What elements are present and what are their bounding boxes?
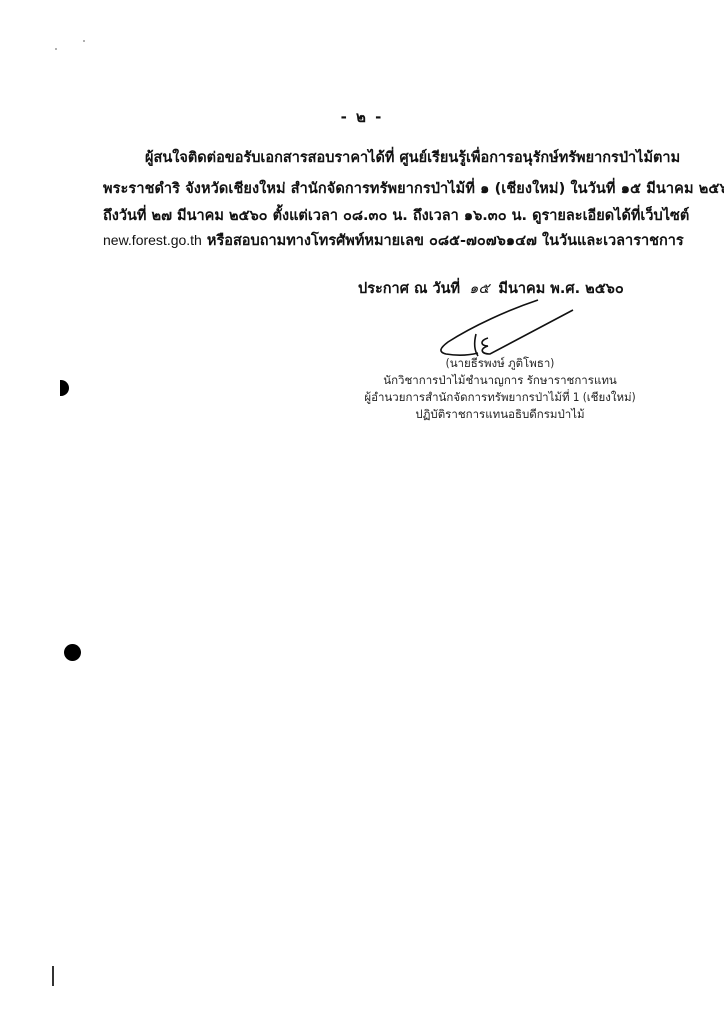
body-line-4: new.forest.go.th หรือสอบถามทางโทรศัพท์หม… — [103, 229, 684, 252]
signatory-position-3: ปฏิบัติราชการแทนอธิบดีกรมป่าไม้ — [350, 406, 650, 423]
document-page: - ๒ - ผู้สนใจติดต่อขอรับเอกสารสอบราคาได้… — [0, 0, 724, 1024]
punch-hole-half-icon — [60, 380, 69, 396]
body-line-2: พระราชดำริ จังหวัดเชียงใหม่ สำนักจัดการท… — [103, 177, 724, 200]
signatory-name: (นายธีรพงษ์ ภูติโพธา) — [350, 355, 650, 372]
handwritten-day: ๑๕ — [469, 281, 489, 297]
punch-hole-icon — [64, 644, 81, 661]
scan-speck — [55, 48, 57, 50]
page-number: - ๒ - — [0, 105, 724, 129]
signatory-position-2: ผู้อำนวยการสำนักจัดการทรัพยากรป่าไม้ที่ … — [350, 389, 650, 406]
body-line-1: ผู้สนใจติดต่อขอรับเอกสารสอบราคาได้ที่ ศู… — [145, 146, 680, 169]
signature-icon — [418, 298, 578, 360]
scan-speck — [83, 40, 85, 42]
signatory-block: (นายธีรพงษ์ ภูติโพธา) นักวิชาการป่าไม้ชำ… — [350, 355, 650, 423]
body-line-3: ถึงวันที่ ๒๗ มีนาคม ๒๕๖๐ ตั้งแต่เวลา ๐๘.… — [103, 204, 689, 227]
scan-tick-mark — [52, 966, 54, 986]
signatory-position-1: นักวิชาการป่าไม้ชำนาญการ รักษาราชการแทน — [350, 372, 650, 389]
announcement-suffix: มีนาคม พ.ศ. ๒๕๖๐ — [498, 281, 623, 297]
website-url: new.forest.go.th — [103, 232, 202, 248]
contact-text: หรือสอบถามทางโทรศัพท์หมายเลข ๐๘๕-๗๐๗๖๑๔๗… — [202, 233, 684, 249]
announcement-prefix: ประกาศ ณ วันที่ — [358, 281, 460, 297]
announcement-date: ประกาศ ณ วันที่ ๑๕ มีนาคม พ.ศ. ๒๕๖๐ — [358, 277, 624, 300]
